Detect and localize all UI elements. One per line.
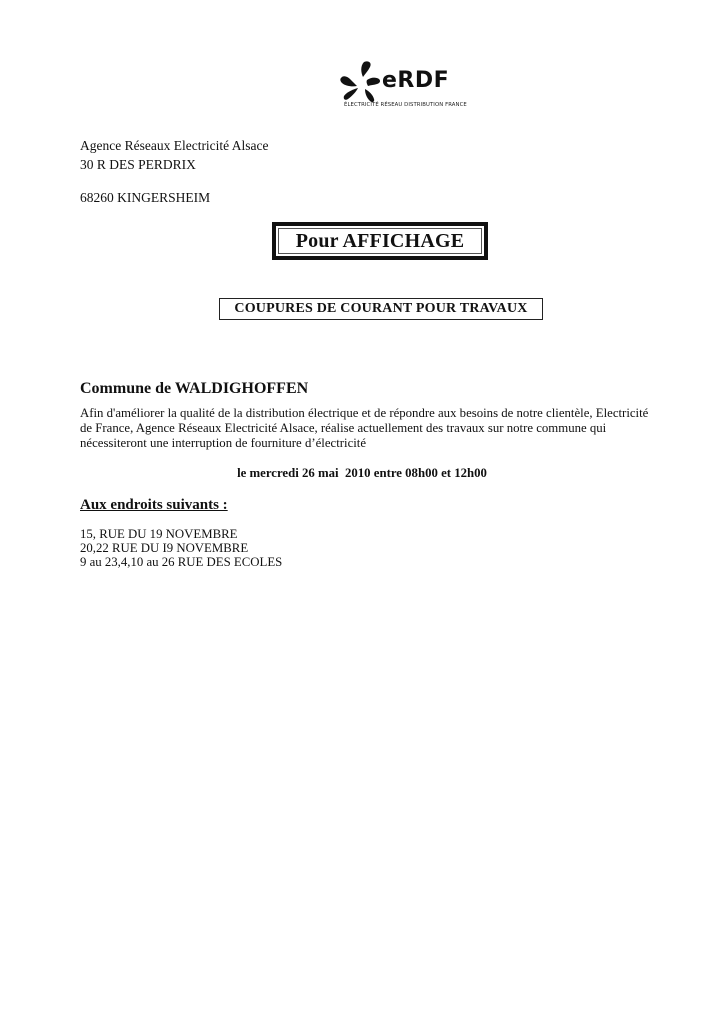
sender-address: Agence Réseaux Electricité Alsace 30 R D… [80,136,269,207]
display-notice-label: Pour AFFICHAGE [278,228,482,254]
commune-title: Commune de WALDIGHOFFEN [80,380,308,398]
intro-paragraph: Afin d'améliorer la qualité de la distri… [80,406,680,451]
places-heading: Aux endroits suivants : [80,497,228,514]
display-notice-box: Pour AFFICHAGE [272,222,488,260]
address-spacer [80,174,269,188]
intro-line: de France, Agence Réseaux Electricité Al… [80,421,680,436]
intro-line: Afin d'améliorer la qualité de la distri… [80,406,680,421]
list-item: 20,22 RUE DU I9 NOVEMBRE [80,541,282,555]
intro-line: nécessiteront une interruption de fourni… [80,436,680,451]
erdf-tagline: ÉLECTRICITÉ RÉSEAU DISTRIBUTION FRANCE [344,102,467,108]
erdf-pinwheel-icon [338,58,384,104]
erdf-wordmark: eRDF [382,70,449,92]
outage-date: le mercredi 26 mai 2010 entre 08h00 et 1… [0,466,724,481]
erdf-logo: eRDF ÉLECTRICITÉ RÉSEAU DISTRIBUTION FRA… [338,58,468,118]
sender-name: Agence Réseaux Electricité Alsace [80,136,269,155]
sender-street: 30 R DES PERDRIX [80,155,269,174]
sender-city: 68260 KINGERSHEIM [80,188,269,207]
list-item: 15, RUE DU 19 NOVEMBRE [80,527,282,541]
subject-box: COUPURES DE COURANT POUR TRAVAUX [219,298,543,320]
list-item: 9 au 23,4,10 au 26 RUE DES ECOLES [80,555,282,569]
places-list: 15, RUE DU 19 NOVEMBRE 20,22 RUE DU I9 N… [80,527,282,569]
